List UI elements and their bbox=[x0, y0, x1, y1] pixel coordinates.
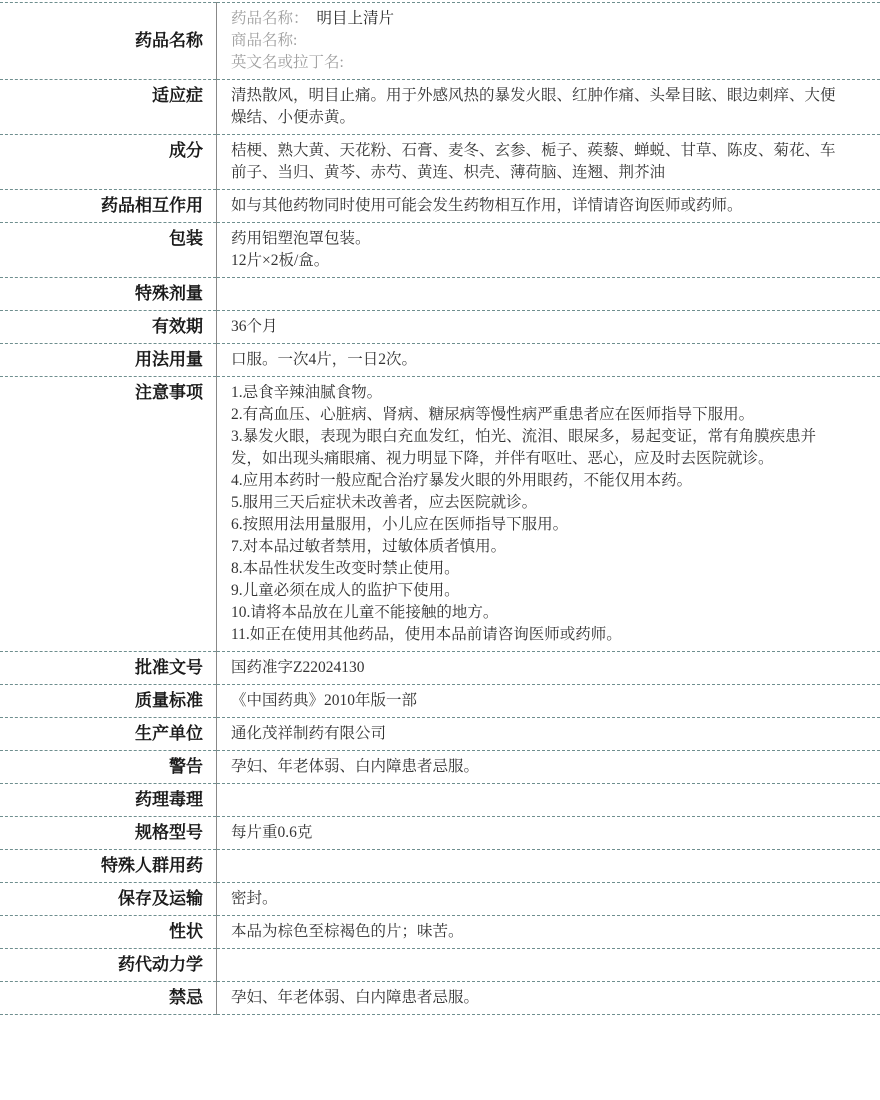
row-label-manufacturer: 生产单位 bbox=[0, 718, 217, 751]
content-line: 7.对本品过敏者禁用，过敏体质者慎用。 bbox=[231, 536, 840, 558]
row-content-description: 本品为棕色至棕褐色的片；味苦。 bbox=[217, 916, 880, 949]
row-content-precautions: 1.忌食辛辣油腻食物。2.有高血压、心脏病、肾病、糖尿病等慢性病严重患者应在医师… bbox=[217, 377, 880, 652]
row-content-approval-number: 国药准字Z22024130 bbox=[217, 652, 880, 685]
row-content-manufacturer: 通化茂祥制药有限公司 bbox=[217, 718, 880, 751]
row-label-specification: 规格型号 bbox=[0, 817, 217, 850]
table-row-special-dosage: 特殊剂量 bbox=[0, 278, 880, 311]
row-content-shelf-life: 36个月 bbox=[217, 311, 880, 344]
row-label-drug-name: 药品名称 bbox=[0, 3, 217, 80]
content-line: 密封。 bbox=[231, 888, 840, 910]
table-row-dosage-administration: 用法用量口服。一次4片，一日2次。 bbox=[0, 344, 880, 377]
content-line: 商品名称: bbox=[231, 30, 840, 52]
table-row-drug-name: 药品名称药品名称：明目上清片商品名称:英文名或拉丁名: bbox=[0, 3, 880, 80]
content-line: 《中国药典》2010年版一部 bbox=[231, 690, 840, 712]
content-line: 清热散风，明目止痛。用于外感风热的暴发火眼、红肿作痛、头晕目眩、眼边刺痒、大便燥… bbox=[231, 85, 840, 129]
content-line: 孕妇、年老体弱、白内障患者忌服。 bbox=[231, 987, 840, 1009]
content-line: 药品名称：明目上清片 bbox=[231, 8, 840, 30]
content-line: 10.请将本品放在儿童不能接触的地方。 bbox=[231, 602, 840, 624]
row-content-storage-transport: 密封。 bbox=[217, 883, 880, 916]
field-value: 明目上清片 bbox=[317, 10, 395, 27]
row-label-pharmacology-toxicology: 药理毒理 bbox=[0, 784, 217, 817]
row-content-ingredients: 桔梗、熟大黄、天花粉、石膏、麦冬、玄参、栀子、蒺藜、蝉蜕、甘草、陈皮、菊花、车前… bbox=[217, 135, 880, 190]
content-line: 9.儿童必须在成人的监护下使用。 bbox=[231, 580, 840, 602]
row-content-drug-interactions: 如与其他药物同时使用可能会发生药物相互作用，详情请咨询医师或药师。 bbox=[217, 190, 880, 223]
drug-info-table: 药品名称药品名称：明目上清片商品名称:英文名或拉丁名:适应症清热散风，明目止痛。… bbox=[0, 2, 880, 1015]
row-content-contraindications: 孕妇、年老体弱、白内障患者忌服。 bbox=[217, 982, 880, 1015]
content-line: 4.应用本药时一般应配合治疗暴发火眼的外用眼药，不能仅用本药。 bbox=[231, 470, 840, 492]
table-row-pharmacokinetics: 药代动力学 bbox=[0, 949, 880, 982]
row-label-special-populations: 特殊人群用药 bbox=[0, 850, 217, 883]
row-content-quality-standard: 《中国药典》2010年版一部 bbox=[217, 685, 880, 718]
table-row-shelf-life: 有效期36个月 bbox=[0, 311, 880, 344]
field-prefix: 商品名称: bbox=[231, 32, 297, 49]
content-line: 英文名或拉丁名: bbox=[231, 52, 840, 74]
content-line: 11.如正在使用其他药品，使用本品前请咨询医师或药师。 bbox=[231, 624, 840, 646]
row-label-quality-standard: 质量标准 bbox=[0, 685, 217, 718]
row-label-special-dosage: 特殊剂量 bbox=[0, 278, 217, 311]
table-row-storage-transport: 保存及运输密封。 bbox=[0, 883, 880, 916]
content-line: 通化茂祥制药有限公司 bbox=[231, 723, 840, 745]
row-label-drug-interactions: 药品相互作用 bbox=[0, 190, 217, 223]
table-row-drug-interactions: 药品相互作用如与其他药物同时使用可能会发生药物相互作用，详情请咨询医师或药师。 bbox=[0, 190, 880, 223]
table-row-packaging: 包装药用铝塑泡罩包装。12片×2板/盒。 bbox=[0, 223, 880, 278]
row-label-storage-transport: 保存及运输 bbox=[0, 883, 217, 916]
table-row-quality-standard: 质量标准《中国药典》2010年版一部 bbox=[0, 685, 880, 718]
content-line: 桔梗、熟大黄、天花粉、石膏、麦冬、玄参、栀子、蒺藜、蝉蜕、甘草、陈皮、菊花、车前… bbox=[231, 140, 840, 184]
table-row-manufacturer: 生产单位通化茂祥制药有限公司 bbox=[0, 718, 880, 751]
field-prefix: 药品名称： bbox=[231, 10, 309, 27]
content-line: 药用铝塑泡罩包装。 bbox=[231, 228, 840, 250]
content-line: 2.有高血压、心脏病、肾病、糖尿病等慢性病严重患者应在医师指导下服用。 bbox=[231, 404, 840, 426]
table-row-special-populations: 特殊人群用药 bbox=[0, 850, 880, 883]
content-line: 8.本品性状发生改变时禁止使用。 bbox=[231, 558, 840, 580]
table-row-precautions: 注意事项1.忌食辛辣油腻食物。2.有高血压、心脏病、肾病、糖尿病等慢性病严重患者… bbox=[0, 377, 880, 652]
content-line: 12片×2板/盒。 bbox=[231, 250, 840, 272]
content-line: 孕妇、年老体弱、白内障患者忌服。 bbox=[231, 756, 840, 778]
row-label-shelf-life: 有效期 bbox=[0, 311, 217, 344]
content-line: 每片重0.6克 bbox=[231, 822, 840, 844]
row-label-packaging: 包装 bbox=[0, 223, 217, 278]
row-content-special-dosage bbox=[217, 278, 880, 311]
content-line: 6.按照用法用量服用，小儿应在医师指导下服用。 bbox=[231, 514, 840, 536]
drug-info-table-body: 药品名称药品名称：明目上清片商品名称:英文名或拉丁名:适应症清热散风，明目止痛。… bbox=[0, 3, 880, 1015]
content-line: 如与其他药物同时使用可能会发生药物相互作用，详情请咨询医师或药师。 bbox=[231, 195, 840, 217]
field-prefix: 英文名或拉丁名: bbox=[231, 54, 344, 71]
row-content-special-populations bbox=[217, 850, 880, 883]
content-line: 5.服用三天后症状未改善者，应去医院就诊。 bbox=[231, 492, 840, 514]
row-label-ingredients: 成分 bbox=[0, 135, 217, 190]
row-label-contraindications: 禁忌 bbox=[0, 982, 217, 1015]
row-content-packaging: 药用铝塑泡罩包装。12片×2板/盒。 bbox=[217, 223, 880, 278]
row-content-dosage-administration: 口服。一次4片，一日2次。 bbox=[217, 344, 880, 377]
content-line: 国药准字Z22024130 bbox=[231, 657, 840, 679]
table-row-warning: 警告孕妇、年老体弱、白内障患者忌服。 bbox=[0, 751, 880, 784]
table-row-ingredients: 成分桔梗、熟大黄、天花粉、石膏、麦冬、玄参、栀子、蒺藜、蝉蜕、甘草、陈皮、菊花、… bbox=[0, 135, 880, 190]
row-label-description: 性状 bbox=[0, 916, 217, 949]
content-line: 本品为棕色至棕褐色的片；味苦。 bbox=[231, 921, 840, 943]
row-label-indications: 适应症 bbox=[0, 80, 217, 135]
content-line: 口服。一次4片，一日2次。 bbox=[231, 349, 840, 371]
table-row-pharmacology-toxicology: 药理毒理 bbox=[0, 784, 880, 817]
row-content-pharmacokinetics bbox=[217, 949, 880, 982]
row-label-approval-number: 批准文号 bbox=[0, 652, 217, 685]
content-line: 3.暴发火眼，表现为眼白充血发红，怕光、流泪、眼屎多，易起变证，常有角膜疾患并发… bbox=[231, 426, 840, 470]
row-label-pharmacokinetics: 药代动力学 bbox=[0, 949, 217, 982]
content-line: 1.忌食辛辣油腻食物。 bbox=[231, 382, 840, 404]
row-label-warning: 警告 bbox=[0, 751, 217, 784]
table-row-specification: 规格型号每片重0.6克 bbox=[0, 817, 880, 850]
row-content-drug-name: 药品名称：明目上清片商品名称:英文名或拉丁名: bbox=[217, 3, 880, 80]
row-content-pharmacology-toxicology bbox=[217, 784, 880, 817]
row-content-indications: 清热散风，明目止痛。用于外感风热的暴发火眼、红肿作痛、头晕目眩、眼边刺痒、大便燥… bbox=[217, 80, 880, 135]
row-label-dosage-administration: 用法用量 bbox=[0, 344, 217, 377]
content-line: 36个月 bbox=[231, 316, 840, 338]
table-row-contraindications: 禁忌孕妇、年老体弱、白内障患者忌服。 bbox=[0, 982, 880, 1015]
table-row-description: 性状本品为棕色至棕褐色的片；味苦。 bbox=[0, 916, 880, 949]
row-label-precautions: 注意事项 bbox=[0, 377, 217, 652]
row-content-warning: 孕妇、年老体弱、白内障患者忌服。 bbox=[217, 751, 880, 784]
table-row-approval-number: 批准文号国药准字Z22024130 bbox=[0, 652, 880, 685]
table-row-indications: 适应症清热散风，明目止痛。用于外感风热的暴发火眼、红肿作痛、头晕目眩、眼边刺痒、… bbox=[0, 80, 880, 135]
row-content-specification: 每片重0.6克 bbox=[217, 817, 880, 850]
